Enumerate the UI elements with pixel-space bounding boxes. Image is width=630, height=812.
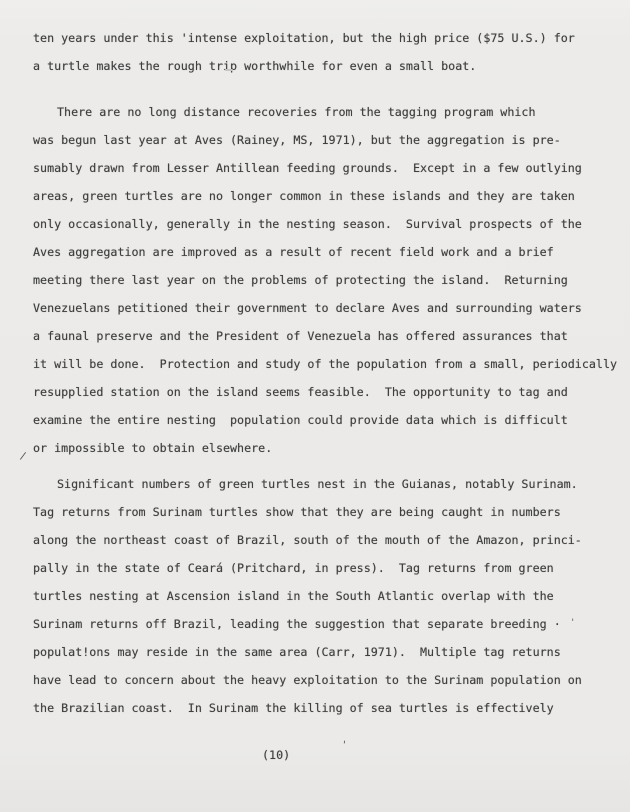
smudge-mark bbox=[225, 69, 233, 71]
text-line: it will be done. Protection and study of… bbox=[33, 350, 618, 378]
stray-tick-mark: ' bbox=[570, 618, 575, 628]
stray-slash-mark: / bbox=[19, 450, 27, 462]
text-line: Surinam returns off Brazil, leading the … bbox=[33, 610, 618, 638]
document-page: ten years under this 'intense exploitati… bbox=[0, 0, 630, 812]
text-line: Tag returns from Surinam turtles show th… bbox=[33, 498, 618, 526]
text-line: a faunal preserve and the President of V… bbox=[33, 322, 618, 350]
text-line: sumably drawn from Lesser Antillean feed… bbox=[33, 154, 618, 182]
text-line: have lead to concern about the heavy exp… bbox=[33, 666, 618, 694]
text-line: There are no long distance recoveries fr… bbox=[33, 98, 618, 126]
text-line: Venezuelans petitioned their government … bbox=[33, 294, 618, 322]
paragraph: There are no long distance recoveries fr… bbox=[33, 98, 618, 462]
paragraph: Significant numbers of green turtles nes… bbox=[33, 470, 618, 722]
text-line: resupplied station on the island seems f… bbox=[33, 378, 618, 406]
text-line: ten years under this 'intense exploitati… bbox=[33, 24, 618, 52]
page-number: (10) bbox=[262, 744, 290, 766]
page-footer: (10) bbox=[0, 744, 630, 772]
paragraph: ten years under this 'intense exploitati… bbox=[33, 24, 618, 80]
text-line: turtles nesting at Ascension island in t… bbox=[33, 582, 618, 610]
text-line: along the northeast coast of Brazil, sou… bbox=[33, 526, 618, 554]
text-line: or impossible to obtain elsewhere. bbox=[33, 434, 618, 462]
text-line: areas, green turtles are no longer commo… bbox=[33, 182, 618, 210]
text-line: only occasionally, generally in the nest… bbox=[33, 210, 618, 238]
text-line: Significant numbers of green turtles nes… bbox=[33, 470, 618, 498]
text-line: examine the entire nesting population co… bbox=[33, 406, 618, 434]
text-line: populat!ons may reside in the same area … bbox=[33, 638, 618, 666]
text-line: the Brazilian coast. In Surinam the kill… bbox=[33, 694, 618, 722]
text-line: a turtle makes the rough trip worthwhile… bbox=[33, 52, 618, 80]
text-line: pally in the state of Ceará (Pritchard, … bbox=[33, 554, 618, 582]
text-line: meeting there last year on the problems … bbox=[33, 266, 618, 294]
text-line: was begun last year at Aves (Rainey, MS,… bbox=[33, 126, 618, 154]
text-line: Aves aggregation are improved as a resul… bbox=[33, 238, 618, 266]
document-content: ten years under this 'intense exploitati… bbox=[33, 24, 618, 722]
